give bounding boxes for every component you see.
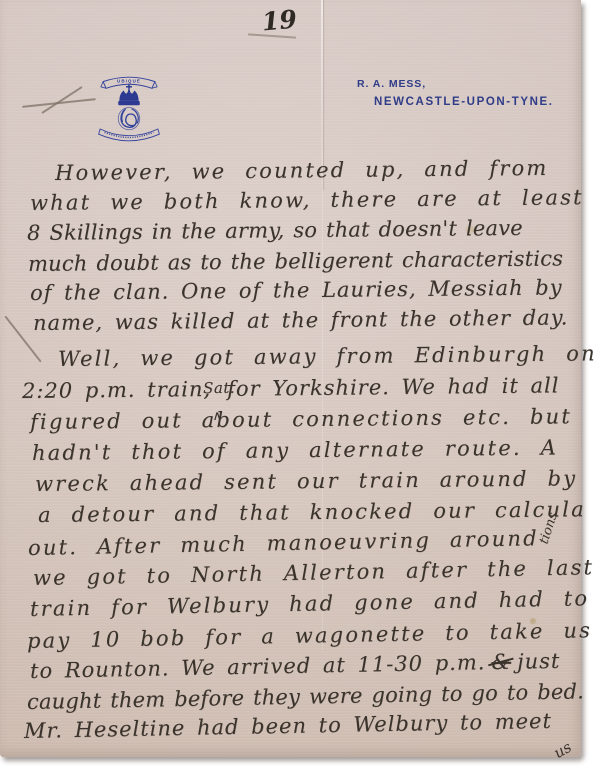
handwritten-line: a detour and that knocked our calcula <box>38 497 586 527</box>
handwritten-line: of the clan. One of the Lauries, Messiah… <box>30 275 563 305</box>
handwritten-line: However, we counted up, and from <box>55 156 549 185</box>
handwritten-line: wreck ahead sent our train around by <box>35 466 577 496</box>
handwritten-line: 2:20 p.m. train,Sat.∧for Yorkshire. We h… <box>22 373 560 403</box>
crest-ribbon <box>99 129 160 141</box>
handwritten-line: to Rounton. We arrived at 11-30 p.m.&jus… <box>30 649 561 683</box>
monogram-cypher <box>118 108 139 130</box>
edge-overflow-word: us <box>551 738 575 762</box>
handwritten-line: pay 10 bob for a wagonette to take us ou… <box>27 617 597 653</box>
letterhead-name: R. A. MESS, <box>357 78 426 90</box>
regimental-crest-icon: UBIQUE <box>92 71 166 147</box>
handwritten-line: train for Welbury had gone and had to <box>30 586 590 621</box>
handwritten-line: what we both know, there are at least <box>30 185 584 215</box>
page-number: 19 <box>261 5 298 37</box>
letterhead-place: NEWCASTLE-UPON-TYNE. <box>374 96 554 108</box>
handwritten-line: caught them before they were going to go… <box>27 679 584 714</box>
handwritten-line: 8 Skillings in the army, so that doesn't… <box>27 216 523 245</box>
handwritten-line: figured out about connections etc. but <box>30 404 572 434</box>
line-segment: 2:20 p.m. train, <box>22 377 211 403</box>
handwritten-line: hadn't thot of any alternate route. A <box>32 435 558 465</box>
line-segment: to Rounton. We arrived at 11-30 p.m. <box>30 650 486 683</box>
struck-out-word: & <box>491 650 511 674</box>
crown-icon <box>118 84 139 105</box>
handwritten-line: much doubt as to the belligerent charact… <box>28 246 563 276</box>
crest-motto-text: UBIQUE <box>117 79 141 84</box>
handwritten-line: out. After much manoeuvring around <box>28 526 539 560</box>
scanned-letter-page: { "scan": { "page_number": "19" }, "lett… <box>0 0 597 772</box>
inserted-word: Sat. <box>203 379 235 397</box>
letter-sheet: 19 UBIQUE R. A. MESS, NEWCASTLE-UPON-TYN… <box>0 0 581 757</box>
handwritten-line: we got to North Allerton after the last <box>33 555 595 590</box>
handwritten-line: name, was killed at the front the other … <box>33 305 569 335</box>
line-segment: for Yorkshire. We had it all <box>227 373 560 400</box>
line-segment: just <box>517 649 561 674</box>
handwritten-line: Mr. Heseltine had been to Welbury to mee… <box>24 709 552 743</box>
handwritten-line: Well, we got away from Edinburgh on the <box>58 341 597 371</box>
